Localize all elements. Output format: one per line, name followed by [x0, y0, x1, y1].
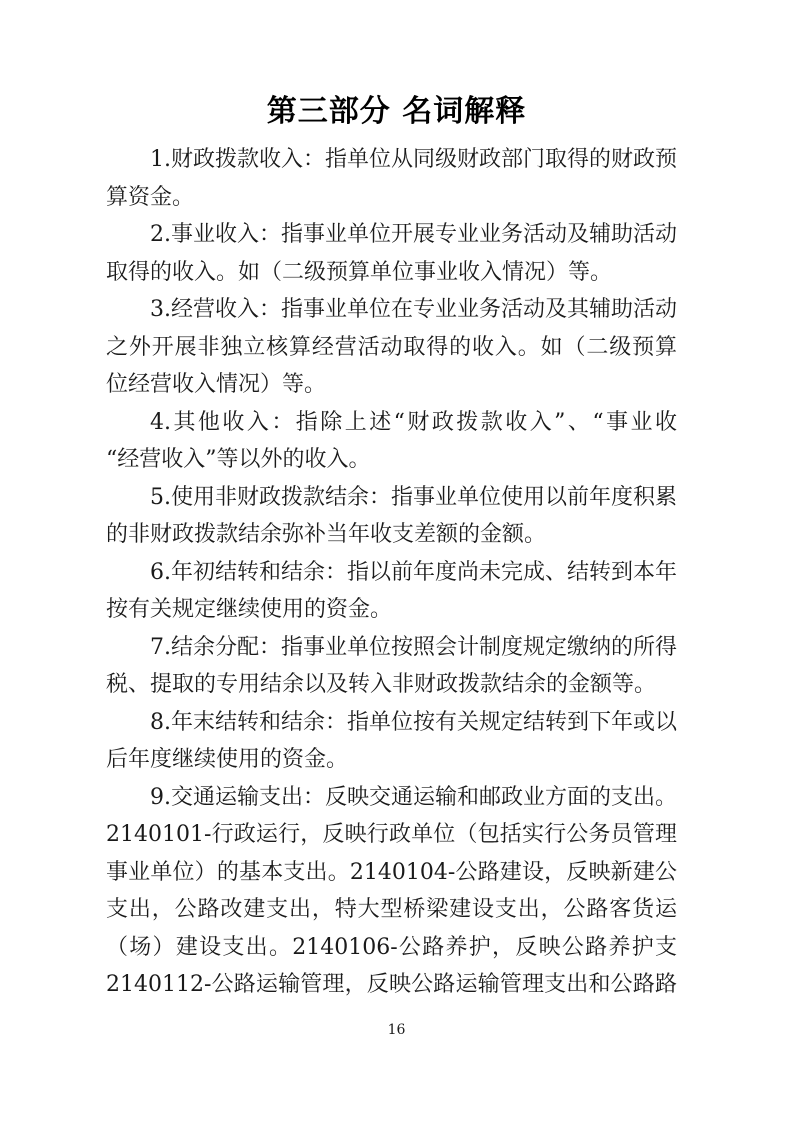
paragraph: 2.事业收入：指事业单位开展专业业务活动及辅助活动取得的收入。如（二级预算单位事…	[106, 216, 677, 291]
document-body: 1.财政拨款收入：指单位从同级财政部门取得的财政预算资金。2.事业收入：指事业单…	[106, 141, 677, 1004]
text-line: 7.结余分配：指事业单位按照会计制度规定缴纳的所得	[106, 629, 677, 667]
text-line: 支出，公路改建支出，特大型桥梁建设支出，公路客货运站	[106, 891, 677, 929]
text-line: 算资金。	[106, 179, 677, 217]
text-line: 的非财政拨款结余弥补当年收支差额的金额。	[106, 516, 677, 554]
text-line: 税、提取的专用结余以及转入非财政拨款结余的金额等。	[106, 666, 677, 704]
paragraph: 5.使用非财政拨款结余：指事业单位使用以前年度积累的非财政拨款结余弥补当年收支差…	[106, 479, 677, 554]
text-line: 4.其他收入：指除上述“财政拨款收入”、“事业收入”、	[106, 404, 677, 442]
text-line: 按有关规定继续使用的资金。	[106, 591, 677, 629]
text-line: 3.经营收入：指事业单位在专业业务活动及其辅助活动	[106, 291, 677, 329]
page-title: 第三部分 名词解释	[0, 92, 793, 132]
paragraph: 9.交通运输支出：反映交通运输和邮政业方面的支出。2140101-行政运行，反映…	[106, 779, 677, 1004]
text-line: 5.使用非财政拨款结余：指事业单位使用以前年度积累	[106, 479, 677, 517]
text-line: 2140112-公路运输管理，反映公路运输管理支出和公路路政	[106, 966, 677, 1004]
text-line: “经营收入”等以外的收入。	[106, 441, 677, 479]
page-number: 16	[0, 1022, 793, 1038]
paragraph: 7.结余分配：指事业单位按照会计制度规定缴纳的所得税、提取的专用结余以及转入非财…	[106, 629, 677, 704]
text-line: 2.事业收入：指事业单位开展专业业务活动及辅助活动	[106, 216, 677, 254]
text-line: 事业单位）的基本支出。2140104-公路建设，反映新建公路	[106, 854, 677, 892]
text-line: 后年度继续使用的资金。	[106, 741, 677, 779]
paragraph: 4.其他收入：指除上述“财政拨款收入”、“事业收入”、“经营收入”等以外的收入。	[106, 404, 677, 479]
text-line: 之外开展非独立核算经营活动取得的收入。如（二级预算单	[106, 329, 677, 367]
text-line: 8.年末结转和结余：指单位按有关规定结转到下年或以	[106, 704, 677, 742]
paragraph: 3.经营收入：指事业单位在专业业务活动及其辅助活动之外开展非独立核算经营活动取得…	[106, 291, 677, 404]
document-page: 第三部分 名词解释 1.财政拨款收入：指单位从同级财政部门取得的财政预算资金。2…	[0, 0, 793, 1122]
text-line: 6.年初结转和结余：指以前年度尚未完成、结转到本年	[106, 554, 677, 592]
text-line: 取得的收入。如（二级预算单位事业收入情况）等。	[106, 254, 677, 292]
paragraph: 6.年初结转和结余：指以前年度尚未完成、结转到本年按有关规定继续使用的资金。	[106, 554, 677, 629]
text-line: 2140101-行政运行，反映行政单位（包括实行公务员管理的	[106, 816, 677, 854]
paragraph: 8.年末结转和结余：指单位按有关规定结转到下年或以后年度继续使用的资金。	[106, 704, 677, 779]
text-line: 位经营收入情况）等。	[106, 366, 677, 404]
paragraph: 1.财政拨款收入：指单位从同级财政部门取得的财政预算资金。	[106, 141, 677, 216]
text-line: 9.交通运输支出：反映交通运输和邮政业方面的支出。	[106, 779, 677, 817]
text-line: 1.财政拨款收入：指单位从同级财政部门取得的财政预	[106, 141, 677, 179]
text-line: （场）建设支出。2140106-公路养护，反映公路养护支出。	[106, 929, 677, 967]
